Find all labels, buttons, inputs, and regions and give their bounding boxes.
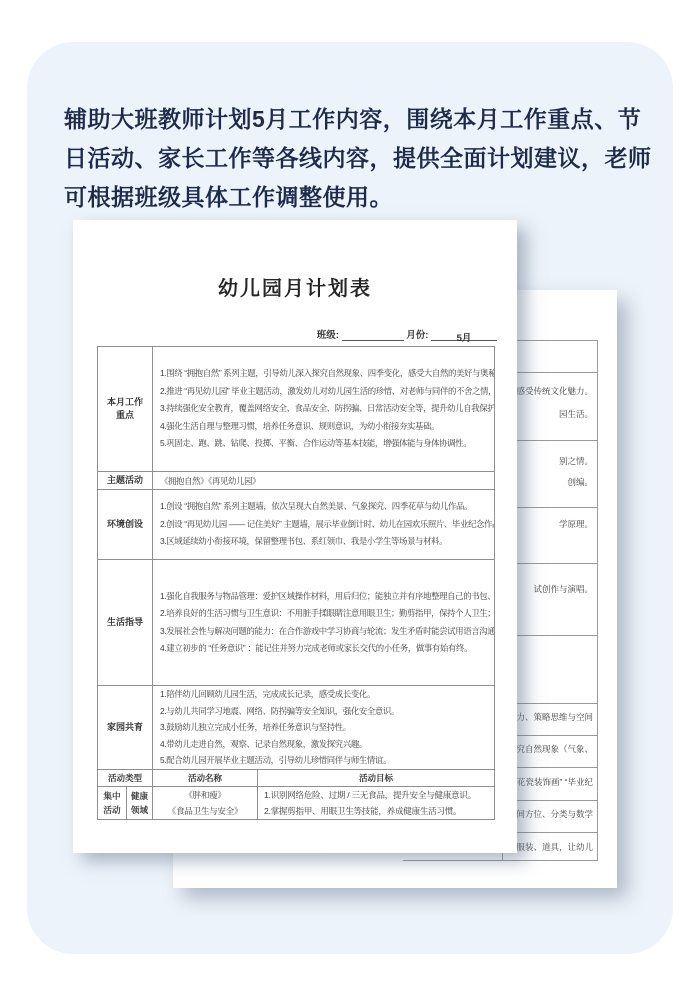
plan-item: 1.强化自我服务与物品管理：爱护区域操作材料，用后归位；能独立并有序地整理自己的… <box>160 588 487 605</box>
plan-item: 3.发展社会性与解决问题的能力：在合作游戏中学习协商与轮流；发生矛盾时能尝试用语… <box>160 623 487 640</box>
back-page-fragment: 空间方位、分类与数学 <box>508 809 593 820</box>
back-page-fragment: 花瓷装饰画” “毕业纪 <box>517 777 593 788</box>
plan-item: 1.创设 “拥抱自然” 系列主题墙，依次呈现大自然美景、气象探究、四季花草与幼儿… <box>160 498 487 515</box>
class-blank-field <box>342 330 404 341</box>
row-label-environment: 环境创设 <box>98 490 153 559</box>
document-title: 幼儿园月计划表 <box>73 272 517 301</box>
back-page-fragment: 供服装、道具，让幼儿 <box>508 842 593 853</box>
back-page-fragment: 学原理。 <box>559 519 593 530</box>
class-label: 班级: <box>317 330 339 341</box>
header-activity-goal: 活动目标 <box>258 770 494 786</box>
plan-item: 2.与幼儿共同学习地震、网络、防拐骗等安全知识，强化安全意识。 <box>160 703 487 720</box>
plan-item: 3.鼓励幼儿独立完成小任务，培养任务意识与坚持性。 <box>160 719 487 736</box>
back-page-fragment: 创编。 <box>567 477 593 488</box>
plan-item: 5.配合幼儿园开展毕业主题活动，引导幼儿珍惜同伴与师生情谊。 <box>160 752 487 769</box>
row-label-theme-activity: 主题活动 <box>98 472 153 489</box>
plan-item: 2.培养良好的生活习惯与卫生意识：不用脏手揉眼睛注意用眼卫生；勤剪指甲，保持个人… <box>160 605 487 622</box>
activity-name-cell: 《胖和瘦》 《食品卫生与安全》 <box>153 787 258 819</box>
document-page-front: 幼儿园月计划表 班级: 月份: 5月 本月工作 重点 1.围绕 “拥抱自然” 系… <box>73 220 517 853</box>
plan-item: 3.区域延续幼小衔接环境，保留整理书包、系红领巾、我是小学生等场景与材料。 <box>160 533 487 550</box>
plan-item: 4.带幼儿走进自然，观察、记录自然现象，激发探究兴趣。 <box>160 736 487 753</box>
activity-goal: 1.识别网络危险、过期 / 三无食品，提升安全与健康意识。 <box>264 788 476 802</box>
activity-header-row: 活动类型 活动名称 活动目标 <box>98 769 494 786</box>
activity-goal: 2.掌握剪指甲、用眼卫生等技能，养成健康生活习惯。 <box>264 804 461 818</box>
back-page-fragment: 园生活。 <box>559 409 593 420</box>
row-content: 1.围绕 “拥抱自然” 系列主题，引导幼儿深入探究自然现象、四季变化，感受大自然… <box>153 347 494 471</box>
activity-data-row: 集中 活动 健康 领域 《胖和瘦》 《食品卫生与安全》 1.识别网络危险、过期 … <box>98 786 494 819</box>
back-page-fragment: 试创作与演唱。 <box>533 584 593 595</box>
row-label-home-coeducation: 家园共育 <box>98 686 153 769</box>
row-content: 1.创设 “拥抱自然” 系列主题墙，依次呈现大自然美景、气象探究、四季花草与幼儿… <box>153 490 494 559</box>
plan-item: 1.陪伴幼儿回顾幼儿园生活，完成成长记录，感受成长变化。 <box>160 686 487 703</box>
activity-name: 《食品卫生与安全》 <box>168 804 243 818</box>
activity-goal-cell: 1.识别网络危险、过期 / 三无食品，提升安全与健康意识。 2.掌握剪指甲、用眼… <box>258 787 494 819</box>
plan-item: 4.强化生活自理与整理习惯，培养任务意识、规则意识，为幼小衔接夯实基础。 <box>160 418 487 435</box>
row-label-monthly-focus: 本月工作 重点 <box>98 347 153 471</box>
back-table-border <box>597 340 598 860</box>
row-label-life-guidance: 生活指导 <box>98 560 153 685</box>
row-content: 《拥抱自然》《再见幼儿园》 <box>153 472 494 489</box>
plan-item: 2.创设 “再见幼儿园 —— 记住美好” 主题墙，展示毕业倒计时、幼儿在园欢乐照… <box>160 516 487 533</box>
plan-item: 1.围绕 “拥抱自然” 系列主题，引导幼儿深入探究自然现象、四季变化，感受大自然… <box>160 365 487 382</box>
plan-item: 4.建立初步的 “任务意识” ：能记住并努力完成老师或家长交代的小任务，做事有始… <box>160 640 487 657</box>
table-row-home-coeducation: 家园共育 1.陪伴幼儿回顾幼儿园生活，完成成长记录，感受成长变化。 2.与幼儿共… <box>98 685 494 769</box>
header-activity-type: 活动类型 <box>98 770 153 786</box>
class-month-line: 班级: 月份: 5月 <box>317 327 497 341</box>
plan-item: 2.推进 “再见幼儿园” 毕业主题活动，激发幼儿对幼儿园生活的珍惜、对老师与同伴… <box>160 383 487 400</box>
table-row-theme-activity: 主题活动 《拥抱自然》《再见幼儿园》 <box>98 471 494 489</box>
activity-domain-cell: 健康 领域 <box>127 787 153 819</box>
table-row-environment: 环境创设 1.创设 “拥抱自然” 系列主题墙，依次呈现大自然美景、气象探究、四季… <box>98 489 494 559</box>
table-row-monthly-focus: 本月工作 重点 1.围绕 “拥抱自然” 系列主题，引导幼儿深入探究自然现象、四季… <box>98 347 494 471</box>
back-page-fragment: 力、策略思维与空间 <box>516 712 593 723</box>
activity-name: 《胖和瘦》 <box>184 788 225 802</box>
row-content: 1.陪伴幼儿回顾幼儿园生活，完成成长记录，感受成长变化。 2.与幼儿共同学习地震… <box>153 686 494 769</box>
back-page-fragment: 感受传统文化魅力。 <box>516 386 593 397</box>
table-row-life-guidance: 生活指导 1.强化自我服务与物品管理：爱护区域操作材料，用后归位；能独立并有序地… <box>98 559 494 685</box>
plan-item: 5.巩固走、跑、跳、钻爬、投掷、平衡、合作运动等基本技能，增强体能与身体协调性。 <box>160 435 487 452</box>
month-value: 5月 <box>431 330 497 341</box>
back-page-fragment: 别之情。 <box>559 456 593 467</box>
plan-item: 《拥抱自然》《再见幼儿园》 <box>160 474 487 488</box>
activity-type-cell: 集中 活动 <box>98 787 127 819</box>
assistant-message-text: 辅助大班教师计划5月工作内容，围绕本月工作重点、节日活动、家长工作等各线内容，提… <box>64 100 652 217</box>
header-activity-name: 活动名称 <box>153 770 258 786</box>
back-table-line <box>403 860 598 861</box>
plan-item: 3.持续强化安全教育，覆盖网络安全、食品安全、防拐骗、日常活动安全等，提升幼儿自… <box>160 400 487 417</box>
monthly-plan-table: 本月工作 重点 1.围绕 “拥抱自然” 系列主题，引导幼儿深入探究自然现象、四季… <box>97 346 495 820</box>
row-content: 1.强化自我服务与物品管理：爱护区域操作材料，用后归位；能独立并有序地整理自己的… <box>153 560 494 685</box>
month-label: 月份: <box>406 330 428 341</box>
